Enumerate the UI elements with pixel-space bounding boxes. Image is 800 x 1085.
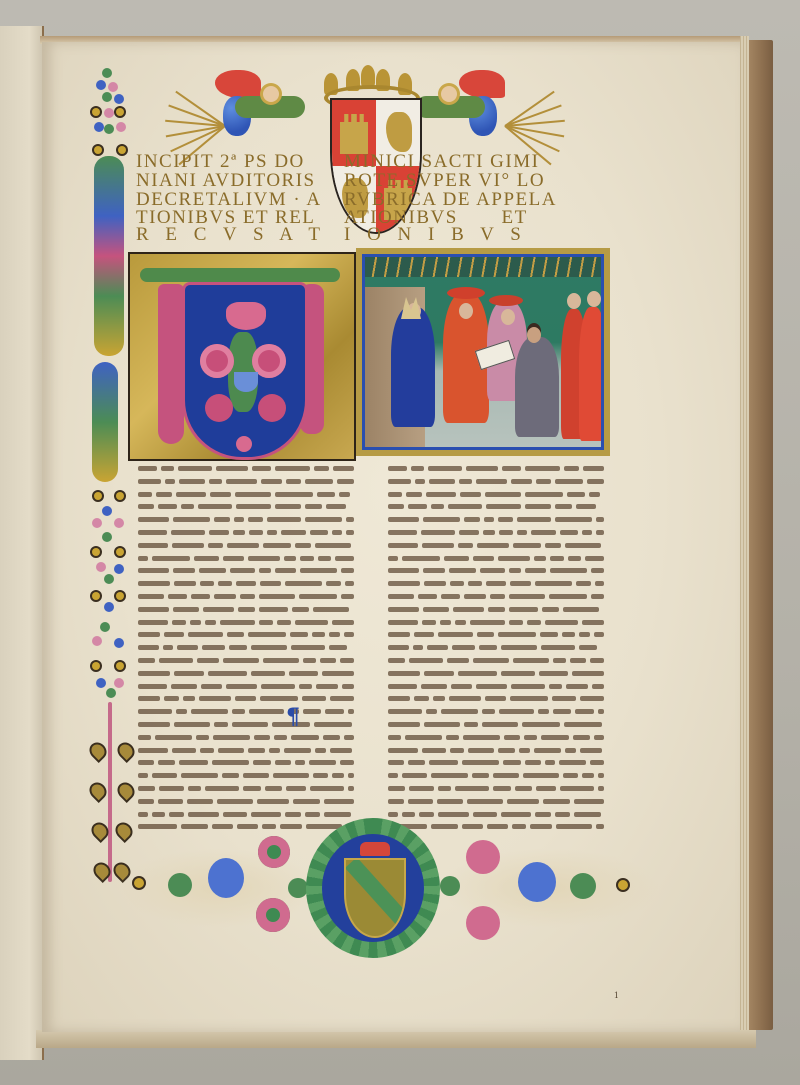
script-line bbox=[388, 705, 608, 718]
script-line bbox=[138, 744, 358, 757]
script-line bbox=[138, 731, 358, 744]
bottom-ornament bbox=[118, 818, 658, 958]
script-line bbox=[138, 564, 358, 577]
script-line bbox=[388, 462, 608, 475]
incipit-title: INCIPIT 2ª PS DO NIANI AVDITORIS DECRETA… bbox=[136, 152, 612, 244]
script-line bbox=[138, 795, 358, 808]
cardinal-hat-icon bbox=[447, 287, 485, 299]
left-border-ornament bbox=[88, 62, 132, 822]
script-line bbox=[138, 616, 358, 629]
script-line bbox=[388, 641, 608, 654]
script-line bbox=[388, 654, 608, 667]
script-line bbox=[388, 616, 608, 629]
script-line bbox=[388, 795, 608, 808]
script-line bbox=[138, 641, 358, 654]
kneeling-scholar-figure bbox=[515, 337, 559, 437]
script-line bbox=[388, 564, 608, 577]
script-line bbox=[388, 513, 608, 526]
script-line bbox=[138, 692, 358, 705]
incipit-line: R E C V S A T bbox=[136, 225, 326, 244]
book-cover-edge bbox=[745, 40, 773, 1030]
pink-tendril bbox=[108, 702, 112, 882]
script-line bbox=[388, 628, 608, 641]
lion-icon bbox=[386, 112, 412, 152]
angel-left-icon bbox=[215, 70, 305, 140]
script-line bbox=[388, 526, 608, 539]
angel-right-icon bbox=[415, 70, 505, 140]
paragraph-mark-icon: ¶ bbox=[286, 704, 300, 730]
script-line bbox=[388, 718, 608, 731]
script-line bbox=[138, 539, 358, 552]
facing-page-edge bbox=[0, 26, 44, 1060]
script-line bbox=[388, 552, 608, 565]
incipit-line: INCIPIT 2ª PS DO bbox=[136, 152, 305, 171]
bottom-page-edge bbox=[36, 1030, 756, 1048]
script-line bbox=[138, 526, 358, 539]
script-line bbox=[138, 500, 358, 513]
folio-number: 1 bbox=[614, 990, 619, 1000]
illuminated-initial bbox=[128, 252, 356, 461]
script-line bbox=[138, 782, 358, 795]
script-line bbox=[388, 744, 608, 757]
script-line bbox=[138, 577, 358, 590]
incipit-line: ROTE SVPER VI° LO bbox=[344, 171, 545, 190]
text-column-left bbox=[138, 462, 358, 833]
script-line bbox=[138, 718, 358, 731]
castle-icon bbox=[340, 114, 368, 154]
script-line bbox=[138, 590, 358, 603]
script-line bbox=[138, 667, 358, 680]
script-line bbox=[388, 539, 608, 552]
script-line bbox=[138, 680, 358, 693]
script-line bbox=[138, 769, 358, 782]
cardinal-hat-icon bbox=[489, 295, 523, 306]
script-line bbox=[388, 577, 608, 590]
script-line bbox=[388, 603, 608, 616]
script-line bbox=[138, 513, 358, 526]
script-line bbox=[388, 590, 608, 603]
script-line bbox=[138, 603, 358, 616]
miniature-painting bbox=[356, 248, 610, 456]
script-line bbox=[138, 462, 358, 475]
script-line bbox=[138, 628, 358, 641]
script-line bbox=[388, 769, 608, 782]
script-line bbox=[138, 488, 358, 501]
script-line bbox=[388, 756, 608, 769]
incipit-line: MINICI SACTI GIMI bbox=[344, 152, 539, 171]
script-line bbox=[388, 680, 608, 693]
script-line bbox=[138, 705, 358, 718]
script-line bbox=[388, 731, 608, 744]
script-line bbox=[138, 654, 358, 667]
script-line bbox=[138, 475, 358, 488]
script-line bbox=[388, 667, 608, 680]
laurel-wreath bbox=[306, 818, 440, 958]
incipit-line: NIANI AVDITORIS bbox=[136, 171, 316, 190]
script-line bbox=[388, 500, 608, 513]
incipit-line: I O N I B V S bbox=[344, 225, 527, 244]
script-line bbox=[388, 692, 608, 705]
script-line bbox=[138, 756, 358, 769]
script-line bbox=[138, 552, 358, 565]
seated-bishop-figure bbox=[391, 307, 435, 427]
script-line bbox=[388, 782, 608, 795]
coat-of-arms-bottom bbox=[344, 858, 406, 938]
cardinal-hat-icon bbox=[360, 842, 390, 856]
script-line bbox=[388, 488, 608, 501]
standing-figure bbox=[579, 307, 604, 441]
script-line bbox=[388, 475, 608, 488]
text-column-right bbox=[388, 462, 608, 833]
